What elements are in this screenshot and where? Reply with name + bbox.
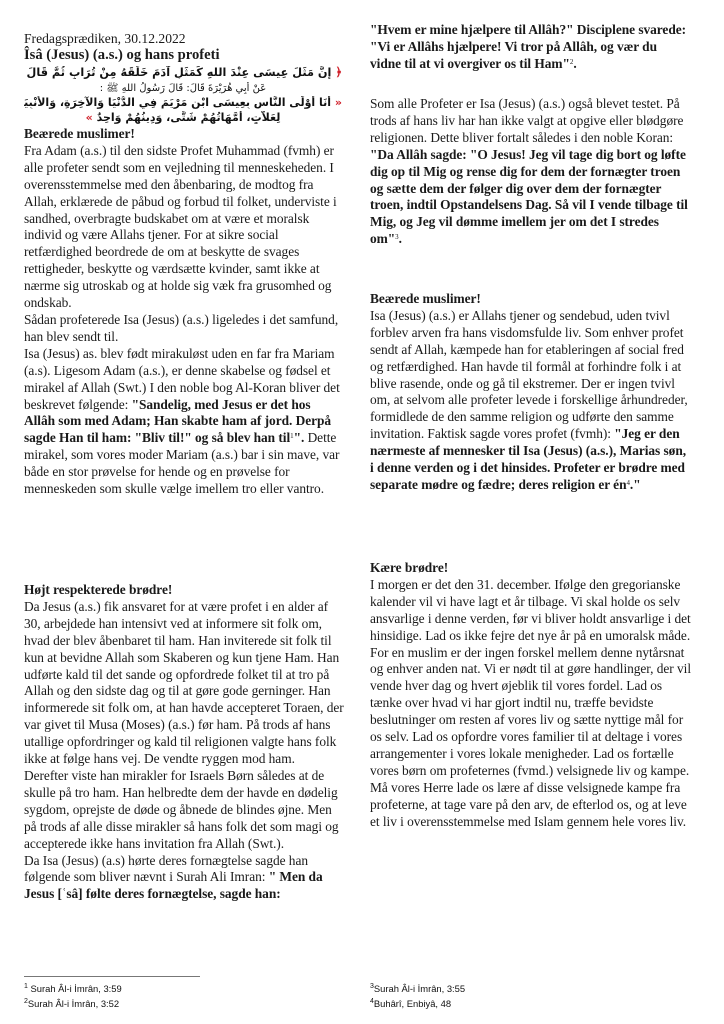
footnote-divider [24, 976, 200, 977]
paragraph: Som alle Profeter er Isa (Jesus) (a.s.) … [370, 96, 683, 145]
paragraph: Sådan profeterede Isa (Jesus) (a.s.) lig… [24, 312, 338, 344]
arabic-hadith-line1: « أَنَا أَوْلَى النَّاسِ بِعِيسَى ابْنِ … [24, 96, 342, 109]
footnote-2: 2Surah Âl-i İmrân, 3:52 [24, 998, 119, 1009]
footnote-text: Surah Âl-i İmrân, 3:55 [374, 983, 465, 994]
left-section-1: Beærede muslimer! Fra Adam (a.s.) til de… [24, 126, 344, 498]
page-title: Îsâ (Jesus) (a.s.) og hans profeti [24, 47, 220, 64]
footnote-1: 1 Surah Âl-i İmrân, 3:59 [24, 983, 122, 994]
paragraph: Da Jesus (a.s.) fik ansvaret for at være… [24, 599, 344, 766]
quote-end: ." [630, 477, 641, 492]
footnote-text: Buhârî, Enbiyâ, 48 [374, 998, 451, 1009]
paragraph: Derefter viste han mirakler for Israels … [24, 768, 339, 851]
verse-bracket-open: ﴿ [335, 66, 342, 79]
arabic-verse: ﴿ إِنَّ مَثَلَ عِيسَى عِنْدَ اللهِ كَمَث… [24, 66, 342, 79]
right-section-3: Kære brødre! I morgen er det den 31. dec… [370, 560, 692, 831]
quote-end: ". [294, 430, 305, 445]
left-section-2: Højt respekterede brødre! Da Jesus (a.s.… [24, 582, 346, 903]
paragraph: I morgen er det den 31. december. Ifølge… [370, 577, 691, 829]
section-heading: Højt respekterede brødre! [24, 582, 172, 597]
quran-quote: "Hvem er mine hjælpere til Allâh?" Disci… [370, 22, 686, 71]
right-quote-continuation: "Hvem er mine hjælpere til Allâh?" Disci… [370, 22, 690, 73]
arabic-narrator: عَنْ أَبِي هُرَيْرَةَ قَالَ: قَالَ رَسُو… [24, 82, 342, 96]
hadith-quote-close: » [86, 111, 93, 124]
date-line: Fredagsprædiken, 30.12.2022 [24, 31, 186, 47]
hadith-text-2: لِعَلاَّتٍ، أُمَّهَاتُهُمْ شَتَّى، وَدِي… [97, 111, 281, 124]
right-section-2: Beærede muslimer! Isa (Jesus) (a.s.) er … [370, 291, 692, 494]
quran-quote: "Da Allâh sagde: "O Jesus! Jeg vil tage … [370, 147, 688, 247]
paragraph: Da Isa (Jesus) (a.s) hørte deres fornægt… [24, 853, 308, 885]
footnote-3: 3Surah Âl-i İmrân, 3:55 [370, 983, 465, 994]
hadith-text-1: أَنَا أَوْلَى النَّاسِ بِعِيسَى ابْنِ مَ… [24, 96, 331, 109]
section-heading: Beærede muslimer! [370, 291, 481, 306]
hadith-quote-open: « [335, 96, 342, 109]
footnote-text: Surah Âl-i İmrân, 3:52 [28, 998, 119, 1009]
paragraph: Isa (Jesus) (a.s.) er Allahs tjener og s… [370, 308, 688, 441]
paragraph: Fra Adam (a.s.) til den sidste Profet Mu… [24, 143, 337, 310]
arabic-hadith-line2: لِعَلاَّتٍ، أُمَّهَاتُهُمْ شَتَّى، وَدِي… [24, 111, 342, 124]
footnote-text: Surah Âl-i İmrân, 3:59 [28, 983, 122, 994]
verse-text: إِنَّ مَثَلَ عِيسَى عِنْدَ اللهِ كَمَثَل… [24, 66, 331, 79]
footnote-4: 4Buhârî, Enbiyâ, 48 [370, 998, 451, 1009]
section-heading: Kære brødre! [370, 560, 448, 575]
right-section-1: Som alle Profeter er Isa (Jesus) (a.s.) … [370, 96, 692, 248]
section-heading: Beærede muslimer! [24, 126, 135, 141]
